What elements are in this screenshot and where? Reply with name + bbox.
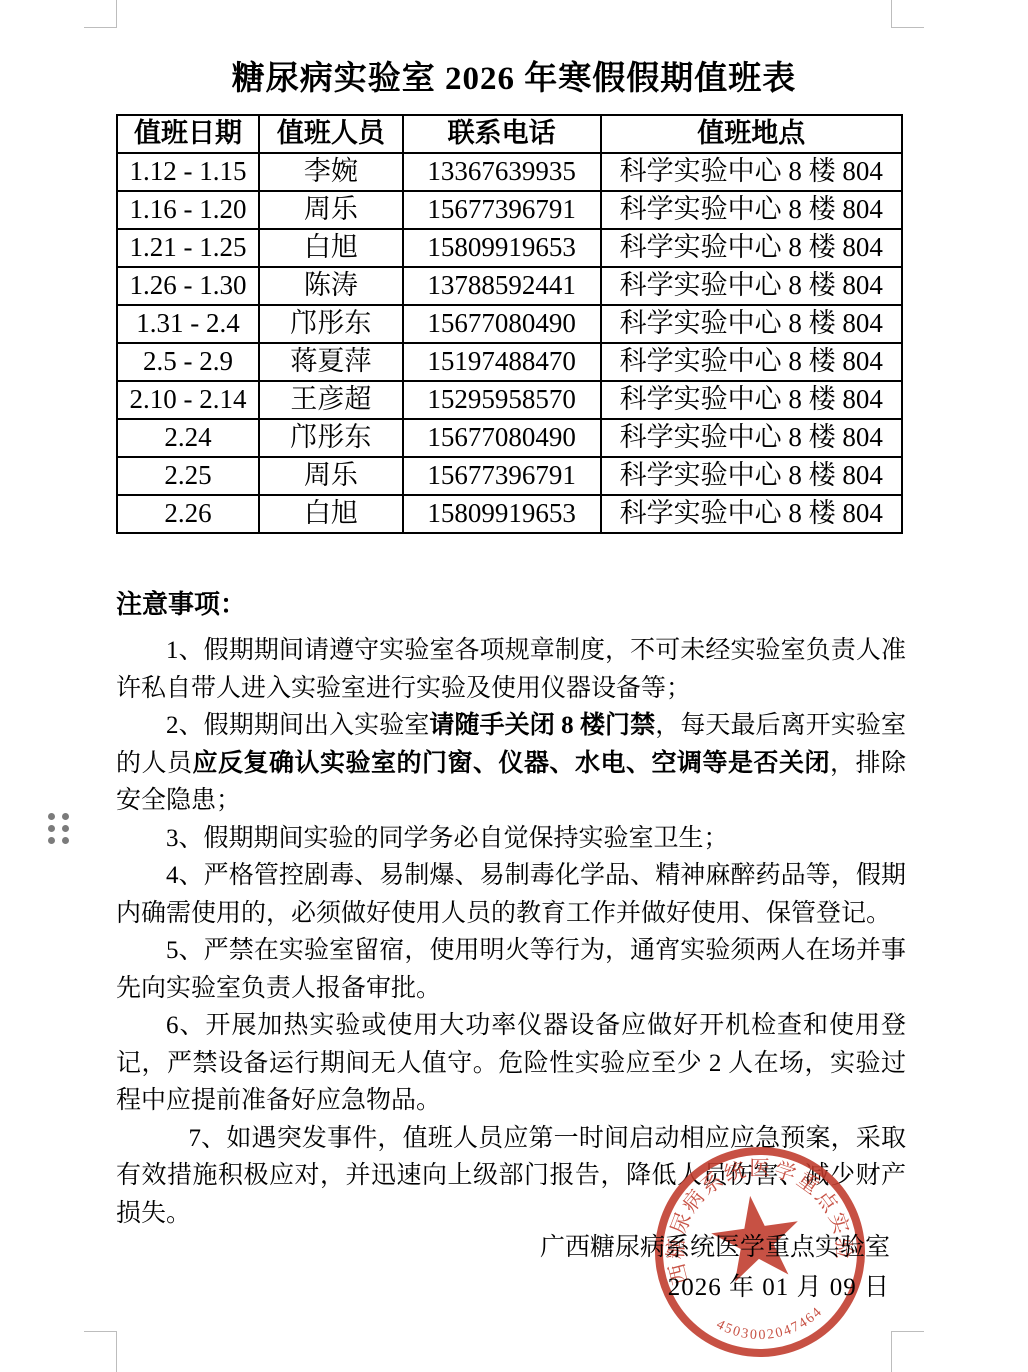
- table-header-cell: 值班人员: [259, 115, 403, 153]
- duty-schedule-table: 值班日期值班人员联系电话值班地点 1.12 - 1.15李婉1336763993…: [116, 114, 903, 534]
- table-cell: 2.25: [117, 457, 259, 495]
- note-text: 6、开展加热实验或使用大功率仪器设备应做好开机检查和使用登记，严禁设备运行期间无…: [116, 1012, 906, 1114]
- table-cell: 1.26 - 1.30: [117, 267, 259, 305]
- table-row: 2.25周乐15677396791科学实验中心 8 楼 804: [117, 457, 902, 495]
- table-header-cell: 值班日期: [117, 115, 259, 153]
- notes-heading: 注意事项：: [116, 586, 906, 624]
- table-row: 1.16 - 1.20周乐15677396791科学实验中心 8 楼 804: [117, 191, 902, 229]
- drag-handle-icon[interactable]: [48, 813, 69, 844]
- table-cell: 1.21 - 1.25: [117, 229, 259, 267]
- table-row: 2.5 - 2.9蒋夏萍15197488470科学实验中心 8 楼 804: [117, 343, 902, 381]
- table-cell: 13788592441: [403, 267, 601, 305]
- document-page: 糖尿病实验室 2026 年寒假假期值班表 值班日期值班人员联系电话值班地点 1.…: [0, 0, 1028, 1372]
- table-cell: 2.5 - 2.9: [117, 343, 259, 381]
- note-text: 3、假期期间实验的同学务必自觉保持实验室卫生；: [166, 825, 729, 852]
- note-text-bold: 应反复确认实验室的门窗、仪器、水电、空调等是否关闭: [193, 750, 830, 777]
- table-cell: 1.16 - 1.20: [117, 191, 259, 229]
- signature-organization: 广西糖尿病系统医学重点实验室: [540, 1228, 890, 1268]
- table-cell: 科学实验中心 8 楼 804: [601, 495, 902, 533]
- table-header-cell: 联系电话: [403, 115, 601, 153]
- table-cell: 王彦超: [259, 381, 403, 419]
- table-cell: 科学实验中心 8 楼 804: [601, 457, 902, 495]
- note-text: 5、严禁在实验室留宿，使用明火等行为，通宵实验须两人在场并事先向实验室负责人报备…: [116, 937, 906, 1002]
- note-item: 3、假期期间实验的同学务必自觉保持实验室卫生；: [116, 820, 906, 858]
- table-cell: 周乐: [259, 191, 403, 229]
- note-item: 6、开展加热实验或使用大功率仪器设备应做好开机检查和使用登记，严禁设备运行期间无…: [116, 1007, 906, 1120]
- notes-section: 注意事项： 1、假期期间请遵守实验室各项规章制度，不可未经实验室负责人准许私自带…: [116, 586, 906, 1232]
- table-cell: 15677080490: [403, 305, 601, 343]
- table-cell: 15197488470: [403, 343, 601, 381]
- duty-table-body: 1.12 - 1.15李婉13367639935科学实验中心 8 楼 8041.…: [117, 153, 902, 533]
- signature-block: 广西糖尿病系统医学重点实验室 2026 年 01 月 09 日: [540, 1228, 890, 1308]
- note-item: 5、严禁在实验室留宿，使用明火等行为，通宵实验须两人在场并事先向实验室负责人报备…: [116, 932, 906, 1007]
- table-cell: 周乐: [259, 457, 403, 495]
- note-text: 1、假期期间请遵守实验室各项规章制度，不可未经实验室负责人准许私自带人进入实验室…: [116, 637, 906, 702]
- margin-mark-top-left: [84, 0, 117, 28]
- table-row: 2.10 - 2.14王彦超15295958570科学实验中心 8 楼 804: [117, 381, 902, 419]
- table-cell: 13367639935: [403, 153, 601, 191]
- table-cell: 邝彤东: [259, 419, 403, 457]
- notes-list: 1、假期期间请遵守实验室各项规章制度，不可未经实验室负责人准许私自带人进入实验室…: [116, 632, 906, 1232]
- table-cell: 科学实验中心 8 楼 804: [601, 229, 902, 267]
- table-cell: 科学实验中心 8 楼 804: [601, 267, 902, 305]
- note-item: 1、假期期间请遵守实验室各项规章制度，不可未经实验室负责人准许私自带人进入实验室…: [116, 632, 906, 707]
- table-row: 2.24邝彤东15677080490科学实验中心 8 楼 804: [117, 419, 902, 457]
- table-cell: 15677396791: [403, 191, 601, 229]
- table-cell: 邝彤东: [259, 305, 403, 343]
- table-cell: 15295958570: [403, 381, 601, 419]
- table-cell: 15677080490: [403, 419, 601, 457]
- margin-mark-top-right: [891, 0, 924, 28]
- table-cell: 科学实验中心 8 楼 804: [601, 153, 902, 191]
- table-cell: 陈涛: [259, 267, 403, 305]
- table-cell: 科学实验中心 8 楼 804: [601, 381, 902, 419]
- table-cell: 1.31 - 2.4: [117, 305, 259, 343]
- table-cell: 白旭: [259, 495, 403, 533]
- signature-date: 2026 年 01 月 09 日: [540, 1268, 890, 1308]
- table-cell: 2.10 - 2.14: [117, 381, 259, 419]
- table-cell: 15677396791: [403, 457, 601, 495]
- table-cell: 科学实验中心 8 楼 804: [601, 191, 902, 229]
- note-text: 2、假期期间出入实验室: [166, 712, 429, 739]
- table-cell: 2.26: [117, 495, 259, 533]
- margin-mark-bottom-left: [84, 1331, 117, 1372]
- table-cell: 白旭: [259, 229, 403, 267]
- table-row: 1.26 - 1.30陈涛13788592441科学实验中心 8 楼 804: [117, 267, 902, 305]
- table-cell: 科学实验中心 8 楼 804: [601, 305, 902, 343]
- note-text: 4、严格管控剧毒、易制爆、易制毒化学品、精神麻醉药品等，假期内确需使用的，必须做…: [116, 862, 906, 927]
- table-header-cell: 值班地点: [601, 115, 902, 153]
- table-row: 1.31 - 2.4邝彤东15677080490科学实验中心 8 楼 804: [117, 305, 902, 343]
- table-header-row: 值班日期值班人员联系电话值班地点: [117, 115, 902, 153]
- table-row: 1.21 - 1.25白旭15809919653科学实验中心 8 楼 804: [117, 229, 902, 267]
- note-item: 2、假期期间出入实验室请随手关闭 8 楼门禁，每天最后离开实验室的人员应反复确认…: [116, 707, 906, 820]
- margin-mark-bottom-right: [891, 1331, 924, 1372]
- page-title: 糖尿病实验室 2026 年寒假假期值班表: [0, 52, 1028, 99]
- table-cell: 2.24: [117, 419, 259, 457]
- table-cell: 1.12 - 1.15: [117, 153, 259, 191]
- note-item: 4、严格管控剧毒、易制爆、易制毒化学品、精神麻醉药品等，假期内确需使用的，必须做…: [116, 857, 906, 932]
- table-cell: 李婉: [259, 153, 403, 191]
- table-row: 1.12 - 1.15李婉13367639935科学实验中心 8 楼 804: [117, 153, 902, 191]
- table-cell: 蒋夏萍: [259, 343, 403, 381]
- table-cell: 科学实验中心 8 楼 804: [601, 419, 902, 457]
- table-cell: 科学实验中心 8 楼 804: [601, 343, 902, 381]
- note-text-bold: 请随手关闭 8 楼门禁: [429, 712, 655, 739]
- table-row: 2.26白旭15809919653科学实验中心 8 楼 804: [117, 495, 902, 533]
- table-cell: 15809919653: [403, 495, 601, 533]
- table-cell: 15809919653: [403, 229, 601, 267]
